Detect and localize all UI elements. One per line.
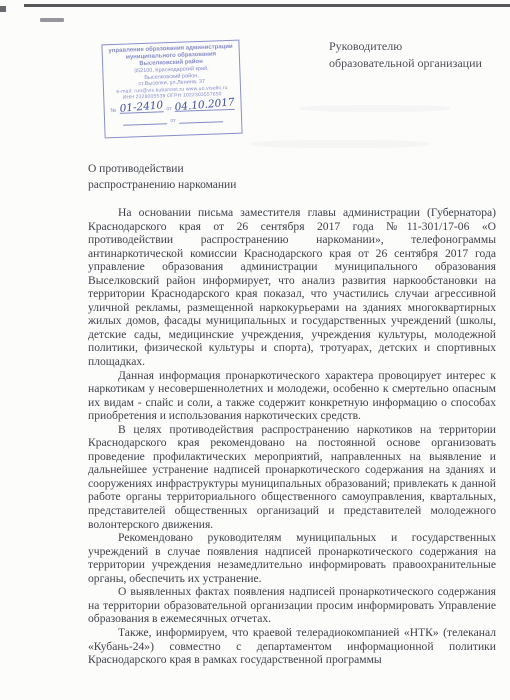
recipient-block: Руководителю образовательной организации <box>329 38 482 71</box>
subject-block: О противодействии распространению нарком… <box>88 162 236 193</box>
stamp-number-prefix: № <box>110 107 116 113</box>
subject-line-1: О противодействии <box>88 162 236 178</box>
stamp-date-slot: 04.10.2017 <box>175 98 235 111</box>
recipient-line-1: Руководителю <box>329 38 482 55</box>
stamp-date-label: от <box>170 117 176 123</box>
subject-line-2: распространению наркомании <box>88 178 236 194</box>
scan-bleedthrough-smudge <box>300 105 450 112</box>
paragraph-1: На основании письма заместителя главы ад… <box>88 206 496 369</box>
scan-artifact-corner-mark <box>0 6 6 12</box>
scan-bleedthrough-smudge <box>250 140 430 148</box>
registration-stamp: управление образования администрации мун… <box>101 40 242 139</box>
stamp-date-label: от <box>166 106 172 112</box>
paragraph-3: В целях противодействия распространению … <box>88 423 496 531</box>
paragraph-6: Также, информируем, что краевой телеради… <box>88 626 496 667</box>
scan-artifact-top-edge <box>24 4 510 7</box>
paragraph-4: Рекомендовано руководителям муниципальны… <box>88 531 496 585</box>
paragraph-2: Данная информация пронаркотического хара… <box>88 369 496 423</box>
stamp-date: 04.10.2017 <box>174 97 235 112</box>
paragraph-5: О выявленных фактах появления надписей п… <box>88 585 496 626</box>
stamp-blank-line <box>123 114 167 126</box>
scan-artifact-dash <box>40 18 64 22</box>
recipient-line-2: образовательной организации <box>329 55 482 72</box>
stamp-outgoing-number: 01-2410 <box>119 100 163 114</box>
letter-body: На основании письма заместителя главы ад… <box>88 206 496 667</box>
stamp-blank-line <box>179 112 223 124</box>
scanned-letter-page: Руководителю образовательной организации… <box>0 0 510 700</box>
stamp-number-slot: 01-2410 <box>119 101 163 114</box>
